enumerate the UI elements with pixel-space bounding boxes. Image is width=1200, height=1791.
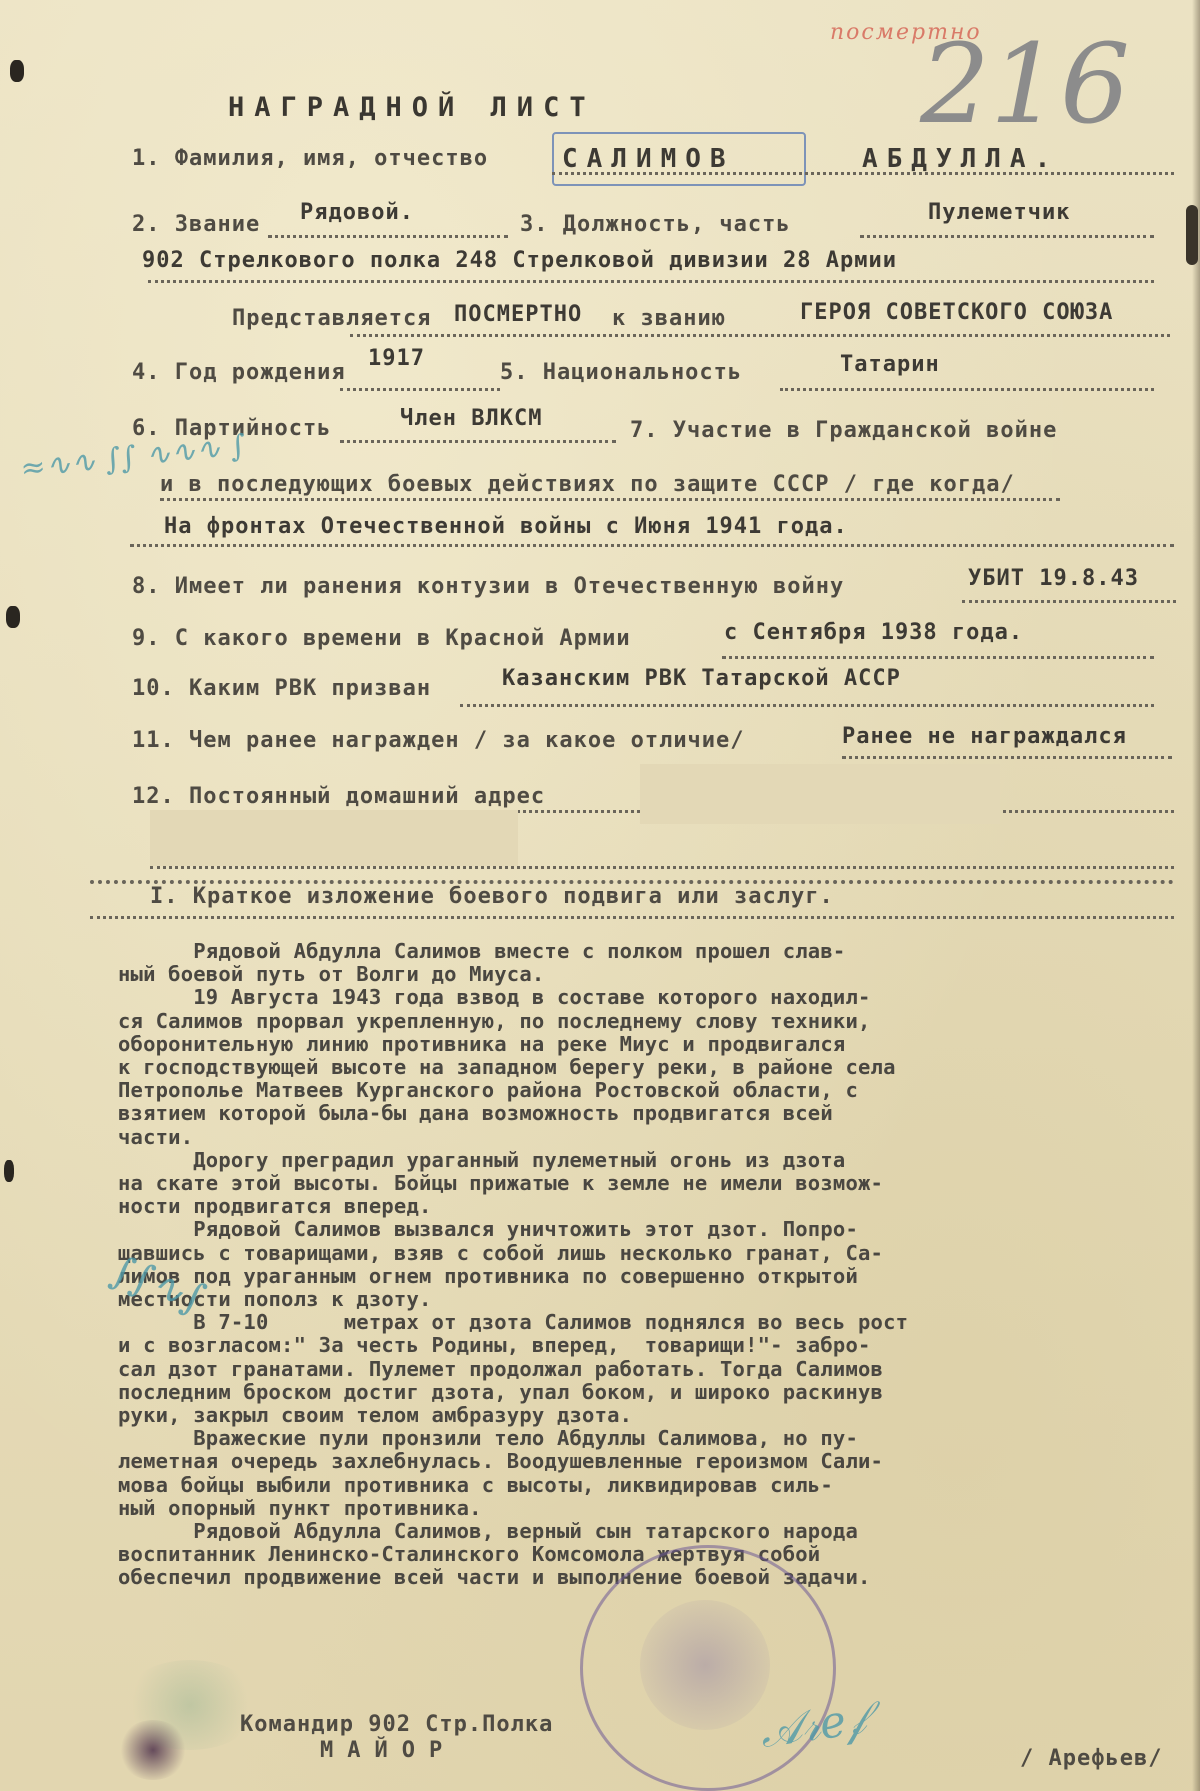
binder-hole [10,60,24,82]
page-edge-shadow [1192,0,1200,1791]
narrative-line: щавшись с товарищами, взяв с собой лишь … [118,1242,1178,1265]
field-4-value: 1917 [368,346,425,371]
field-7-value: На фронтах Отечественной войны с Июня 19… [164,514,848,539]
page-tear [1186,205,1198,265]
field-5-label: 5. Национальность [500,360,742,385]
archive-page-number: 216 [920,20,1130,148]
narrative-line: Петрополье Матвеев Курганского района Ро… [118,1079,1178,1102]
field-1-surname: САЛИМОВ [562,144,735,174]
field-2-label: 2. Звание [132,212,260,237]
field-4-underline [340,388,500,391]
binder-hole [4,1160,14,1182]
presented-title: ГЕРОЯ СОВЕТСКОГО СОЮЗА [800,300,1113,325]
unit-underline [148,280,1154,283]
presented-value: ПОСМЕРТНО [454,302,582,327]
presented-to: к званию [612,306,726,331]
narrative-line: лимов под ураганным огнем противника по … [118,1265,1178,1288]
document-title: НАГРАДНОЙ ЛИСТ [228,92,596,123]
field-1-label: 1. Фамилия, имя, отчество [132,146,488,171]
narrative-line: руки, закрыл своим телом амбразуру дзота… [118,1404,1178,1427]
field-10-value: Казанским РВК Татарской АССР [502,666,901,691]
field-4-label: 4. Год рождения [132,360,346,385]
signatory-position: Командир 902 Стр.Полка [240,1712,553,1737]
unit-line: 902 Стрелкового полка 248 Стрелковой див… [142,248,897,273]
narrative-line: к господствующей высоте на западном бере… [118,1056,1178,1079]
narrative-line: Рядовой Абдулла Салимов вместе с полком … [118,940,1178,963]
narrative-line: местности пополз к дзоту. [118,1288,1178,1311]
narrative-line: ный боевой путь от Волги до Миуса. [118,963,1178,986]
field-2-value: Рядовой. [300,200,414,225]
field-7-label: 7. Участие в Гражданской войне [630,418,1057,443]
field-3-value: Пулеметчик [928,200,1070,225]
ink-smudge [120,1660,260,1750]
narrative-line: и с возгласом:" За честь Родины, вперед,… [118,1334,1178,1357]
field-1-name: АБДУЛЛА. [862,144,1059,174]
narrative-line: Рядовой Абдулла Салимов, верный сын тата… [118,1520,1178,1543]
field-7-label-continued: и в последующих боевых действиях по защи… [160,472,1015,497]
field-7-value-underline [130,544,1174,547]
field-8-underline [962,600,1176,603]
narrative-line: ся Салимов прорвал укрепленную, по после… [118,1010,1178,1033]
field-11-label: 11. Чем ранее награжден / за какое отлич… [132,728,745,753]
field-11-underline [842,756,1172,759]
field-8-value: УБИТ 19.8.43 [968,566,1139,591]
presented-underline [350,334,1170,337]
field-6-value: Член ВЛКСМ [400,406,542,431]
field-11-value: Ранее не награждался [842,724,1127,749]
narrative-line: сал дзот гранатами. Пулемет продолжал ра… [118,1358,1178,1381]
field-3-underline [860,235,1154,238]
signatory-rank: МАЙОР [320,1738,456,1763]
narrative-text: Рядовой Абдулла Салимов вместе с полком … [118,940,1178,1590]
narrative-line: В 7-10 метрах от дзота Салимов поднялся … [118,1311,1178,1334]
field-5-underline [780,388,1154,391]
narrative-line: последним броском достиг дзота, упал бок… [118,1381,1178,1404]
narrative-line: 19 Августа 1943 года взвод в составе кот… [118,986,1178,1009]
narrative-line: оборонительную линию противника на реке … [118,1033,1178,1056]
narrative-line: Вражеские пули пронзили тело Абдуллы Сал… [118,1427,1178,1450]
narrative-line: ности продвигатся вперед. [118,1195,1178,1218]
field-5-value: Татарин [840,352,940,377]
field-9-underline [722,656,1154,659]
field-12-label: 12. Постоянный домашний адрес [132,784,545,809]
field-6-underline [340,440,616,443]
field-7-underline [160,498,1060,501]
narrative-line: Рядовой Салимов вызвался уничтожить этот… [118,1218,1178,1241]
field-8-label: 8. Имеет ли ранения контузии в Отечестве… [132,574,844,599]
narrative-line: леметная очередь захлебнулась. Воодушевл… [118,1450,1178,1473]
field-9-value: с Сентября 1938 года. [724,620,1023,645]
field-2-underline [268,235,508,238]
address-redaction [640,764,1000,824]
address-redaction [150,810,518,866]
stamp-emblem [640,1600,770,1730]
signatory-name: / Арефьев/ [1020,1746,1162,1771]
narrative-line: взятием которой была-бы дана возможность… [118,1102,1178,1125]
narrative-line: мова бойцы выбили противника с высоты, л… [118,1474,1178,1497]
section-heading-underline [90,916,1174,919]
field-10-underline [460,704,1154,707]
narrative-line: части. [118,1126,1178,1149]
narrative-line: Дорогу преградил ураганный пулеметный ог… [118,1149,1178,1172]
field-10-label: 10. Каким РВК призван [132,676,431,701]
separator-line [150,866,1174,869]
presented-label: Представляется [232,306,431,331]
narrative-line: на скате этой высоты. Бойцы прижатые к з… [118,1172,1178,1195]
section-heading: I. Краткое изложение боевого подвига или… [150,884,834,909]
narrative-line: ный опорный пункт противника. [118,1497,1178,1520]
field-1-underline [552,172,1174,175]
binder-hole [6,606,20,628]
field-9-label: 9. С какого времени в Красной Армии [132,626,631,651]
field-3-label: 3. Должность, часть [520,212,791,237]
